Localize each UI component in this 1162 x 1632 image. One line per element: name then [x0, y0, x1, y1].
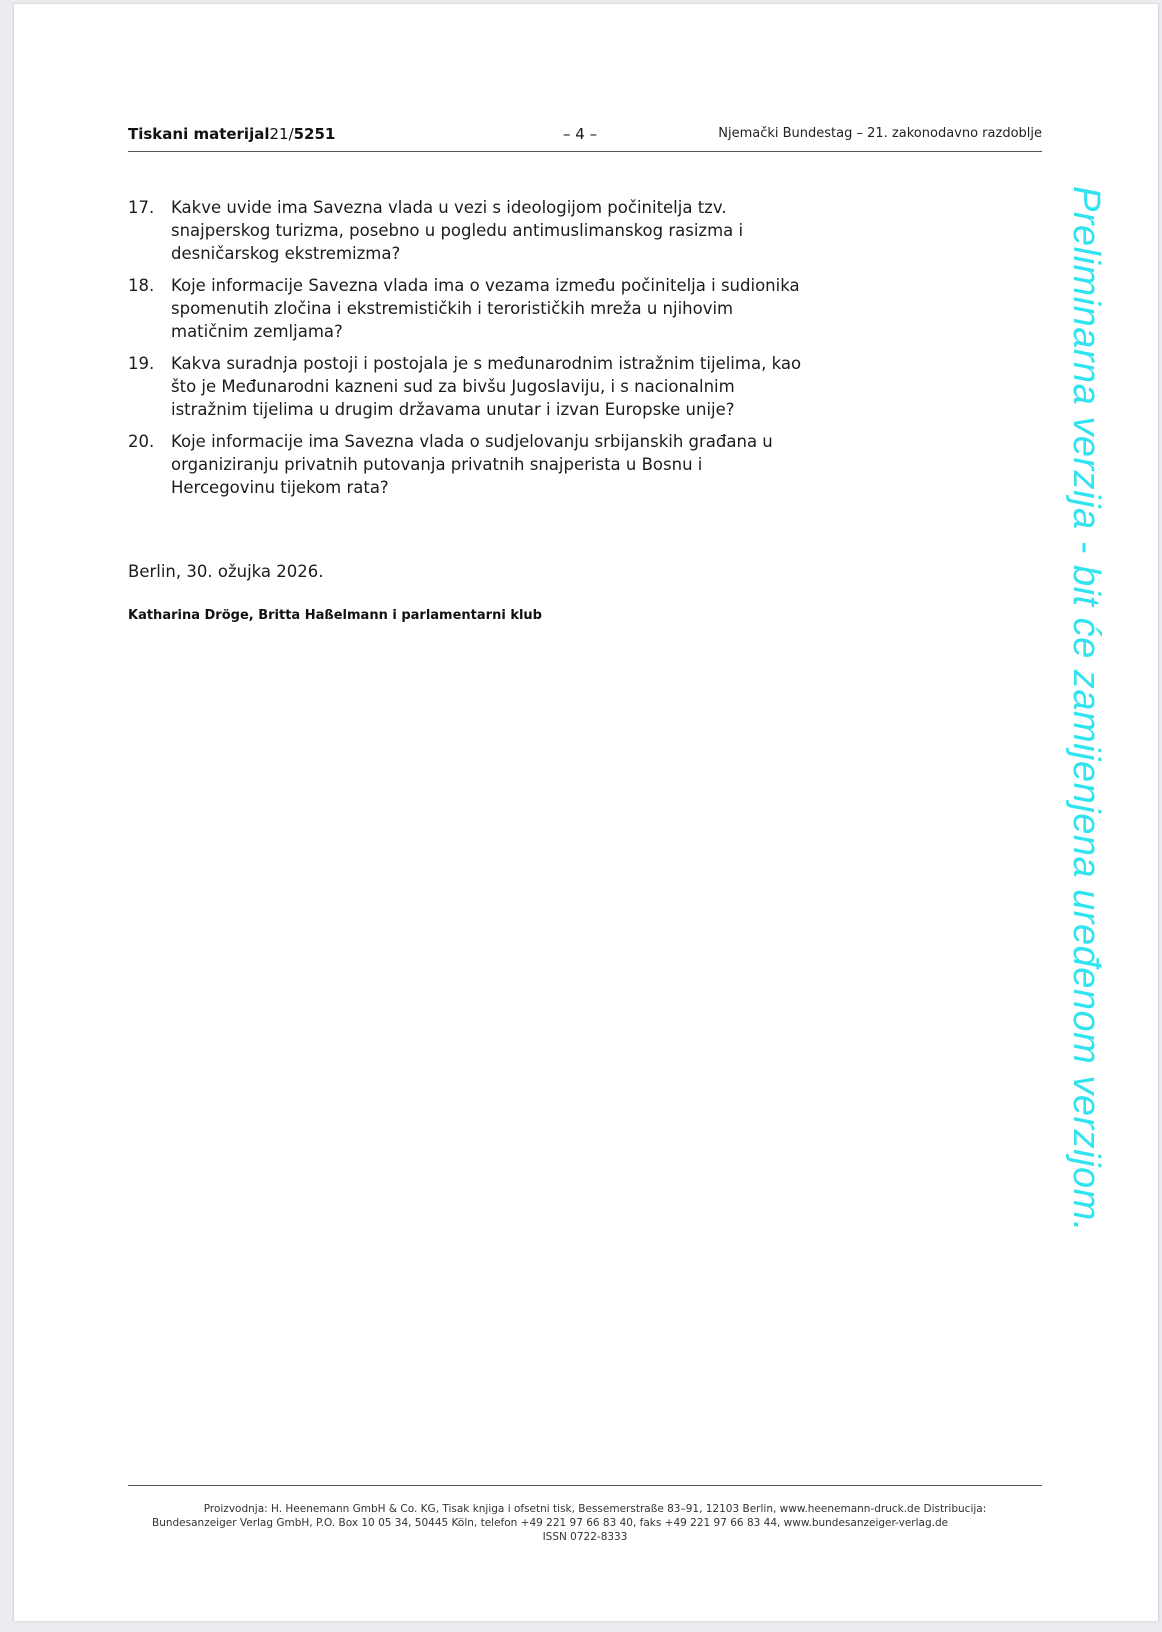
- publisher-label: Njemački Bundestag – 21. zakonodavno raz…: [718, 126, 1042, 141]
- question-text: Koje informacije Savezna vlada ima o vez…: [171, 274, 808, 343]
- page-header: Tiskani materijal21/5251 – 4 – Njemački …: [128, 125, 1042, 147]
- question-list: 17. Kakve uvide ima Savezna vlada u vezi…: [128, 196, 808, 508]
- header-divider: [128, 151, 1042, 152]
- place-and-date: Berlin, 30. ožujka 2026.: [128, 562, 324, 581]
- question-item: 20. Koje informacije ima Savezna vlada o…: [128, 430, 808, 499]
- question-item: 18. Koje informacije Savezna vlada ima o…: [128, 274, 808, 343]
- footer-production-line: Proizvodnja: H. Heenemann GmbH & Co. KG,…: [128, 1502, 1042, 1516]
- doc-label: Tiskani materijal: [128, 125, 269, 143]
- page-footer: Proizvodnja: H. Heenemann GmbH & Co. KG,…: [128, 1502, 1042, 1544]
- signatories: Katharina Dröge, Britta Haßelmann i parl…: [128, 608, 542, 623]
- question-item: 19. Kakva suradnja postoji i postojala j…: [128, 352, 808, 421]
- preliminary-version-watermark: Preliminarna verzija - bit će zamijenjen…: [1064, 186, 1107, 1232]
- question-text: Kakve uvide ima Savezna vlada u vezi s i…: [171, 196, 808, 265]
- question-number: 20.: [128, 430, 154, 453]
- question-text: Koje informacije ima Savezna vlada o sud…: [171, 430, 808, 499]
- document-reference: Tiskani materijal21/5251: [128, 125, 335, 143]
- footer-issn: ISSN 0722-8333: [128, 1530, 1042, 1544]
- question-number: 18.: [128, 274, 154, 297]
- question-text: Kakva suradnja postoji i postojala je s …: [171, 352, 808, 421]
- doc-number-prefix: 21/: [269, 125, 293, 143]
- footer-distribution-line: Bundesanzeiger Verlag GmbH, P.O. Box 10 …: [128, 1516, 1042, 1530]
- page-number: – 4 –: [563, 125, 597, 143]
- question-item: 17. Kakve uvide ima Savezna vlada u vezi…: [128, 196, 808, 265]
- question-number: 17.: [128, 196, 154, 219]
- doc-number: 5251: [294, 125, 336, 143]
- question-number: 19.: [128, 352, 154, 375]
- footer-divider: [128, 1485, 1042, 1486]
